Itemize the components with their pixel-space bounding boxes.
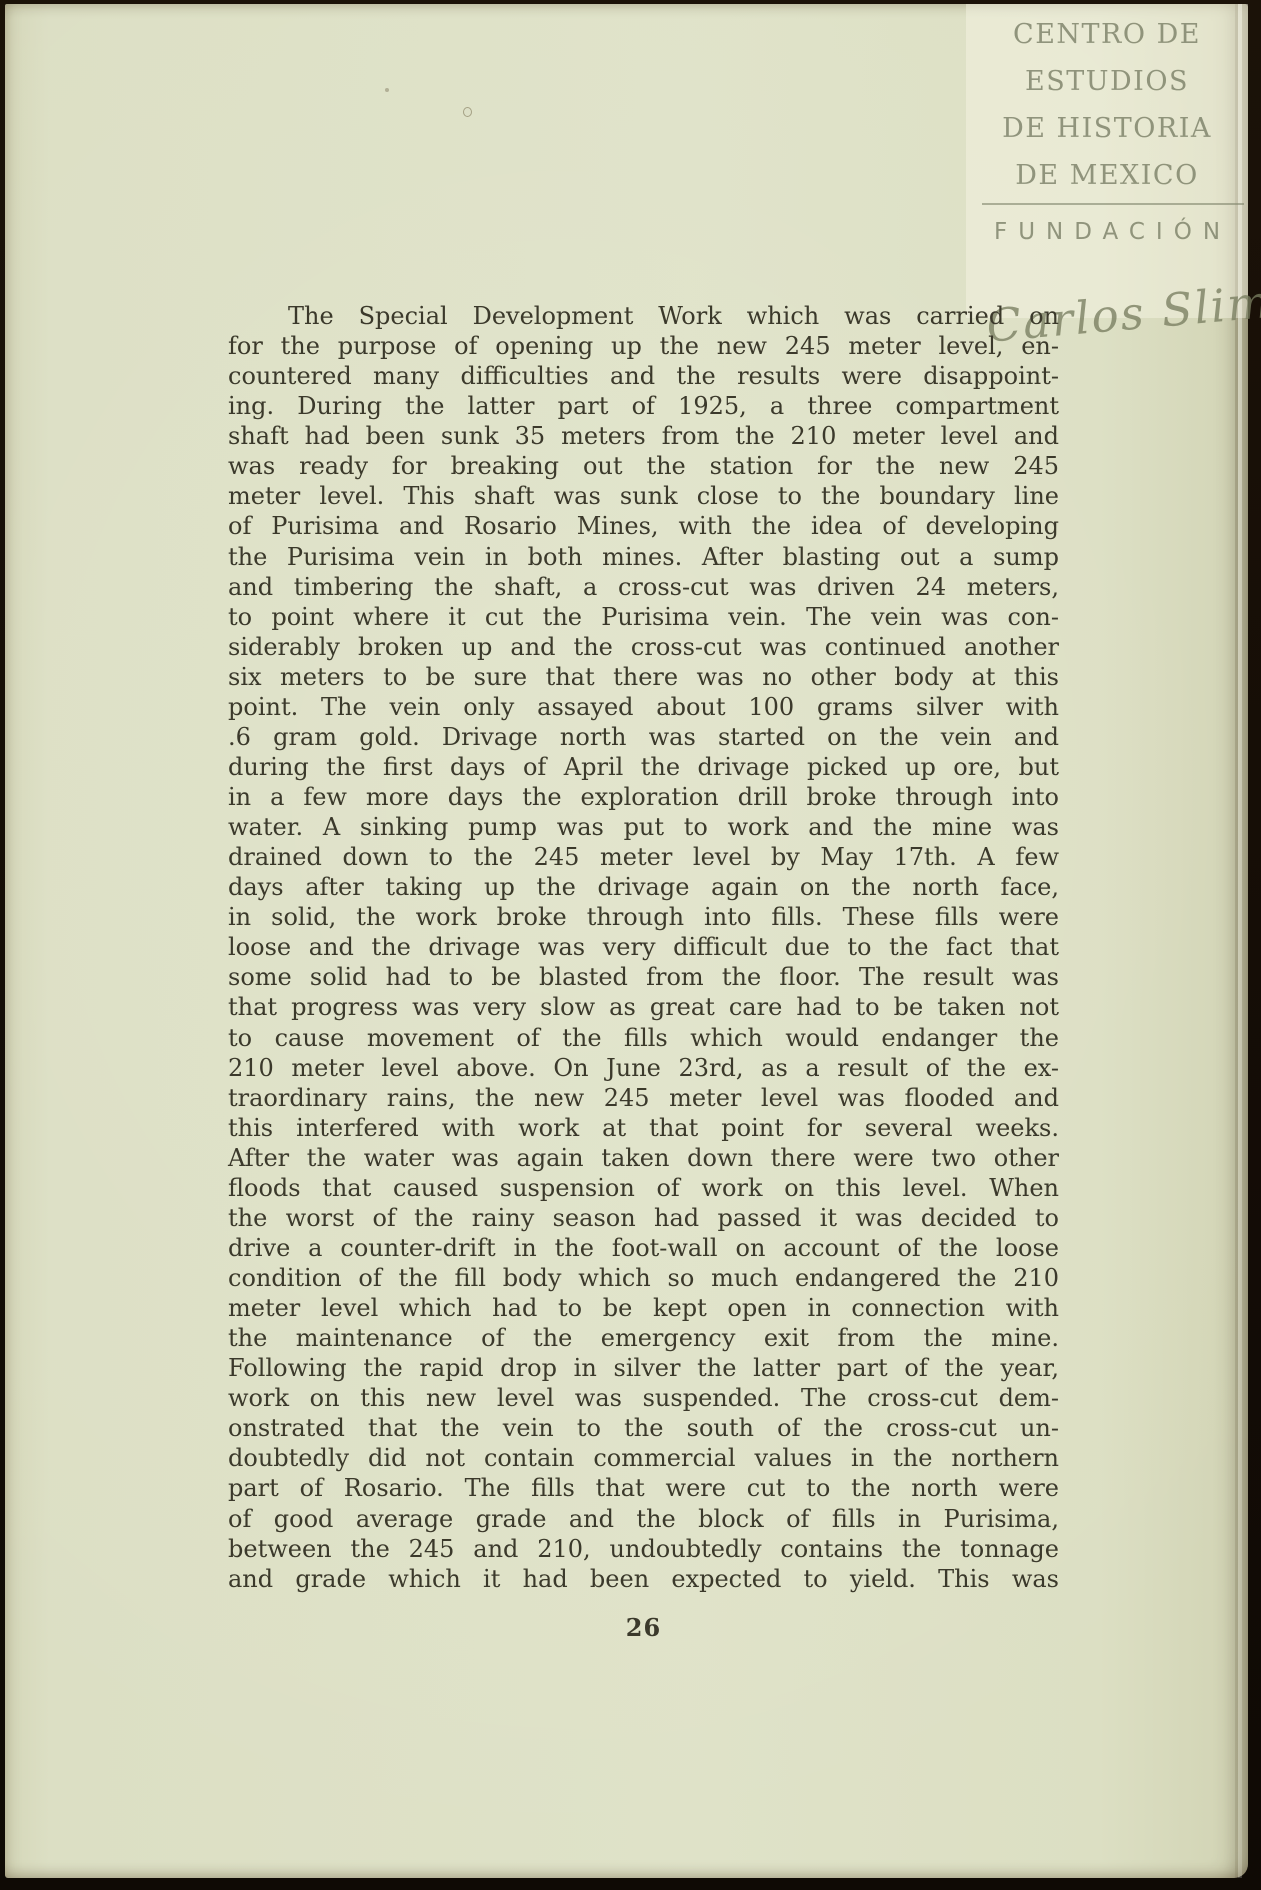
text-line: meter level. This shaft was sunk close t… [228, 481, 1059, 511]
paper-speck [385, 88, 389, 92]
stamp-institution-line: CENTRO DE [966, 11, 1248, 58]
text-line: condition of the fill body which so much… [228, 1263, 1059, 1293]
text-line: onstrated that the vein to the south of … [228, 1413, 1059, 1443]
text-line: the Purisima vein in both mines. After b… [228, 542, 1059, 572]
text-line: drive a counter-drift in the foot-wall o… [228, 1233, 1059, 1263]
text-line: The Special Development Work which was c… [228, 301, 1059, 331]
text-line: of Purisima and Rosario Mines, with the … [228, 511, 1059, 541]
text-line: Following the rapid drop in silver the l… [228, 1353, 1059, 1383]
text-line: water. A sinking pump was put to work an… [228, 812, 1059, 842]
text-line: some solid had to be blasted from the fl… [228, 962, 1059, 992]
text-line: the maintenance of the emergency exit fr… [228, 1323, 1059, 1353]
text-line: this interfered with work at that point … [228, 1113, 1059, 1143]
page-number: 26 [228, 1613, 1059, 1642]
text-line: that progress was very slow as great car… [228, 992, 1059, 1022]
text-line: siderably broken up and the cross-cut wa… [228, 632, 1059, 662]
scan-background: CENTRO DEESTUDIOSDE HISTORIADE MEXICO FU… [0, 0, 1261, 1890]
text-line: to point where it cut the Purisima vein.… [228, 602, 1059, 632]
stamp-institution-line: DE HISTORIA [966, 105, 1248, 152]
stamp-institution-line: DE MEXICO [966, 152, 1248, 199]
library-stamp: CENTRO DEESTUDIOSDE HISTORIADE MEXICO FU… [966, 4, 1248, 318]
text-line: the worst of the rainy season had passed… [228, 1203, 1059, 1233]
stamp-foundation-label: FUNDACIÓN [966, 219, 1248, 245]
text-line: countered many difficulties and the resu… [228, 361, 1059, 391]
paragraph: The Special Development Work which was c… [228, 301, 1059, 1594]
text-line: loose and the drivage was very difficult… [228, 932, 1059, 962]
paper-speck [463, 107, 472, 117]
text-line: between the 245 and 210, undoubtedly con… [228, 1534, 1059, 1564]
text-line: six meters to be sure that there was no … [228, 662, 1059, 692]
text-line: work on this new level was suspended. Th… [228, 1383, 1059, 1413]
text-line: part of Rosario. The fills that were cut… [228, 1473, 1059, 1503]
book-page: CENTRO DEESTUDIOSDE HISTORIADE MEXICO FU… [5, 4, 1248, 1878]
stamp-divider [982, 203, 1244, 205]
text-line: to cause movement of the fills which wou… [228, 1023, 1059, 1053]
text-line: and timbering the shaft, a cross-cut was… [228, 572, 1059, 602]
text-line: floods that caused suspension of work on… [228, 1173, 1059, 1203]
text-line: for the purpose of opening up the new 24… [228, 331, 1059, 361]
text-line: of good average grade and the block of f… [228, 1504, 1059, 1534]
text-line: in solid, the work broke through into fi… [228, 902, 1059, 932]
text-line: shaft had been sunk 35 meters from the 2… [228, 421, 1059, 451]
text-line: After the water was again taken down the… [228, 1143, 1059, 1173]
text-line: days after taking up the drivage again o… [228, 872, 1059, 902]
text-line: .6 gram gold. Drivage north was started … [228, 722, 1059, 752]
stamp-institution-line: ESTUDIOS [966, 58, 1248, 105]
text-line: doubtedly did not contain commercial val… [228, 1443, 1059, 1473]
text-line: in a few more days the exploration drill… [228, 782, 1059, 812]
text-line: ing. During the latter part of 1925, a t… [228, 391, 1059, 421]
text-line: 210 meter level above. On June 23rd, as … [228, 1053, 1059, 1083]
text-line: traordinary rains, the new 245 meter lev… [228, 1083, 1059, 1113]
text-line: was ready for breaking out the station f… [228, 451, 1059, 481]
text-line: drained down to the 245 meter level by M… [228, 842, 1059, 872]
text-line: point. The vein only assayed about 100 g… [228, 692, 1059, 722]
text-line: meter level which had to be kept open in… [228, 1293, 1059, 1323]
text-line: and grade which it had been expected to … [228, 1564, 1059, 1594]
stamp-institution-lines: CENTRO DEESTUDIOSDE HISTORIADE MEXICO [966, 4, 1248, 199]
text-line: during the first days of April the driva… [228, 752, 1059, 782]
